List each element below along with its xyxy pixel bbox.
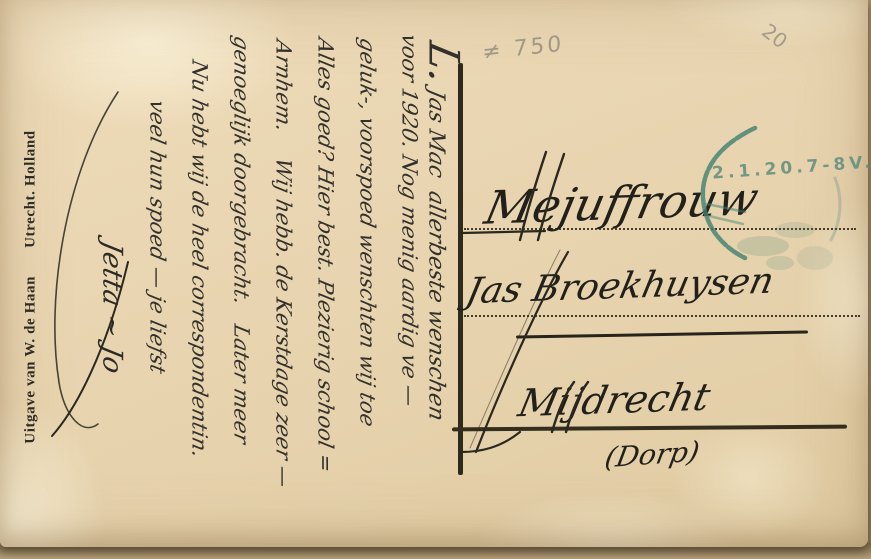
postcard-back: Uitgave van W. de Haan Utrecht. Holland … (0, 0, 868, 547)
postcard-photo: Uitgave van W. de Haan Utrecht. Holland … (0, 0, 871, 559)
postmark-stamp-icon (685, 118, 865, 278)
